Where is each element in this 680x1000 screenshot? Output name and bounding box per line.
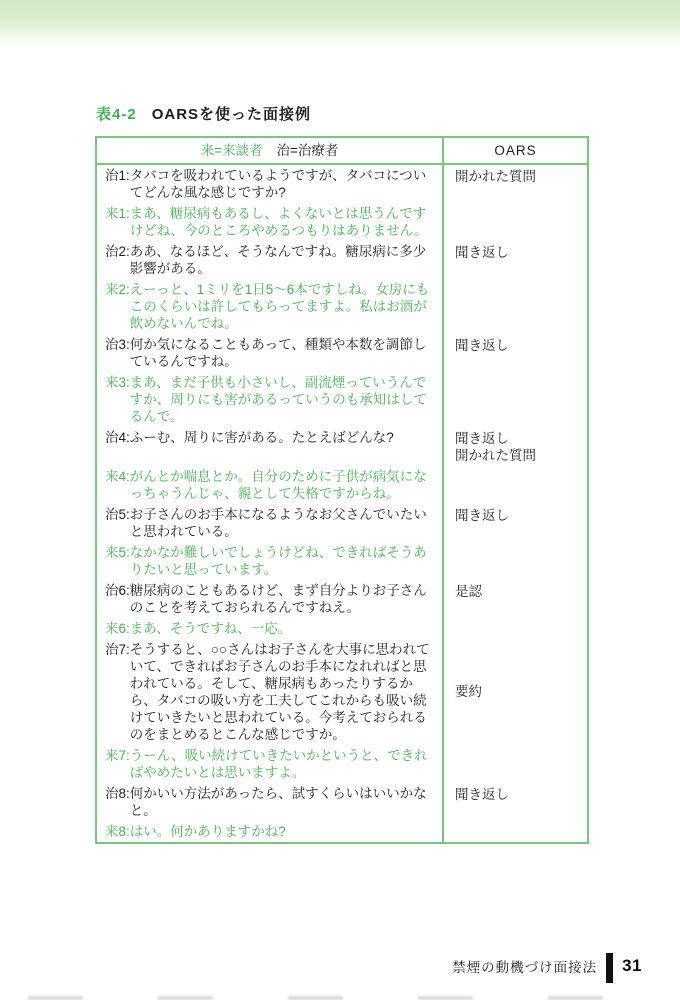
oars-label: 聞き返し [444, 783, 587, 821]
table-row-c3: 来3: まあ、まだ子供も小さいし、副流煙っていうんですか、周りにも害があるってい… [97, 372, 587, 427]
table-row-t8: 治8: 何かいい方法があったら、試すくらいはいいかなと。 聞き返し [97, 783, 587, 821]
oars-label: 聞き返し 開かれた質問 [444, 427, 587, 466]
speaker-prefix: 来4: [105, 468, 130, 502]
utterance-text: まあ、糖尿病もあるし、よくないとは思うんですけどね、今のところやめるつもりはあり… [130, 205, 436, 239]
utterance-text: そうすると、○○さんはお子さんを大事に思われていて、できればお子さんのお手本にな… [130, 641, 436, 743]
utterance-cell: 治7: そうすると、○○さんはお子さんを大事に思われていて、できればお子さんのお… [97, 639, 444, 745]
utterance-text: まあ、まだ子供も小さいし、副流煙っていうんですか、周りにも害があるっていうのも承… [130, 374, 436, 425]
scan-artifact-dashes [28, 996, 652, 1000]
table-header-speakers: 来=来談者 治=治療者 [97, 138, 444, 163]
running-title: 禁煙の動機づけ面接法 [452, 956, 597, 976]
oars-label [444, 542, 587, 580]
page-number: 31 [622, 956, 642, 976]
table-row-c4: 来4: がんとか喘息とか。自分のために子供が病気になっちゃうんじゃ、親として失格… [97, 466, 587, 504]
speaker-prefix: 治2: [105, 243, 130, 277]
interview-example-table: 来=来談者 治=治療者 OARS 治1: タバコを吸われているようですが、タバコ… [95, 136, 589, 844]
utterance-text: ああ、なるほど、そうなんですね。糖尿病に多少影響がある。 [130, 243, 436, 277]
oars-label [444, 203, 587, 241]
utterance-cell: 治8: 何かいい方法があったら、試すくらいはいいかなと。 [97, 783, 444, 821]
oars-label [444, 618, 587, 639]
page-footer: 禁煙の動機づけ面接法 31 [452, 949, 642, 983]
legend-client: 来=来談者 [201, 142, 263, 159]
table-row-t4: 治4: ふーむ、周りに害がある。たとえばどんな? 聞き返し 開かれた質問 [97, 427, 587, 466]
speaker-prefix: 来8: [105, 823, 130, 840]
table-row-t2: 治2: ああ、なるほど、そうなんですね。糖尿病に多少影響がある。 聞き返し [97, 241, 587, 279]
table-row-c2: 来2: えーっと、1ミリを1日5〜6本ですしね。女房にもこのくらいは許してもらっ… [97, 279, 587, 334]
utterance-cell: 治2: ああ、なるほど、そうなんですね。糖尿病に多少影響がある。 [97, 241, 444, 279]
speaker-prefix: 来5: [105, 544, 130, 578]
utterance-text: なかなか難しいでしょうけどね、できればそうありたいと思っています。 [130, 544, 436, 578]
oars-label [444, 466, 587, 504]
utterance-text: ふーむ、周りに害がある。たとえばどんな? [130, 429, 436, 464]
utterance-cell: 来6: まあ、そうですね、一応。 [97, 618, 444, 639]
table-row-t5: 治5: お子さんのお手本になるようなお父さんでいたいと思われている。 聞き返し [97, 504, 587, 542]
oars-label: 聞き返し [444, 334, 587, 372]
utterance-text: はい。何かありますかね? [130, 823, 436, 840]
table-number: 表4-2 [96, 103, 137, 124]
utterance-text: がんとか喘息とか。自分のために子供が病気になっちゃうんじゃ、親として失格ですから… [130, 468, 436, 502]
table-row-t3: 治3: 何か気になることもあって、種類や本数を調節しているんですね。 聞き返し [97, 334, 587, 372]
speaker-prefix: 治5: [105, 506, 130, 540]
table-header-row: 来=来談者 治=治療者 OARS [97, 138, 587, 165]
table-row-c1: 来1: まあ、糖尿病もあるし、よくないとは思うんですけどね、今のところやめるつも… [97, 203, 587, 241]
oars-label: 聞き返し [444, 504, 587, 542]
oars-label [444, 821, 587, 842]
speaker-prefix: 来1: [105, 205, 130, 239]
oars-label: 聞き返し [444, 241, 587, 279]
page-top-gradient [0, 0, 680, 48]
speaker-prefix: 来7: [105, 747, 130, 781]
table-row-c5: 来5: なかなか難しいでしょうけどね、できればそうありたいと思っています。 [97, 542, 587, 580]
speaker-prefix: 治7: [105, 641, 130, 743]
table-row-t7: 治7: そうすると、○○さんはお子さんを大事に思われていて、できればお子さんのお… [97, 639, 587, 745]
table-caption: 表4-2 OARSを使った面接例 [96, 103, 311, 124]
table-row-c6: 来6: まあ、そうですね、一応。 [97, 618, 587, 639]
table-row-c8: 来8: はい。何かありますかね? [97, 821, 587, 842]
table-title: OARSを使った面接例 [152, 103, 311, 124]
speaker-prefix: 治1: [105, 167, 130, 201]
utterance-cell: 来7: うーん、吸い続けていきたいかというと、できればやめたいとは思いますよ。 [97, 745, 444, 783]
utterance-cell: 来3: まあ、まだ子供も小さいし、副流煙っていうんですか、周りにも害があるってい… [97, 372, 444, 427]
table-row-t1: 治1: タバコを吸われているようですが、タバコについてどんな風な感じですか? 開… [97, 165, 587, 203]
oars-label: 要約 [444, 639, 587, 745]
footer-divider-bar [606, 953, 613, 983]
utterance-text: お子さんのお手本になるようなお父さんでいたいと思われている。 [130, 506, 436, 540]
utterance-cell: 治4: ふーむ、周りに害がある。たとえばどんな? [97, 427, 444, 466]
speaker-prefix: 治4: [105, 429, 130, 464]
utterance-cell: 治3: 何か気になることもあって、種類や本数を調節しているんですね。 [97, 334, 444, 372]
utterance-text: 何か気になることもあって、種類や本数を調節しているんですね。 [130, 336, 436, 370]
legend-therapist: 治=治療者 [277, 142, 339, 159]
utterance-text: 糖尿病のこともあるけど、まず自分よりお子さんのことを考えておられるんですねえ。 [130, 582, 436, 616]
speaker-prefix: 治8: [105, 785, 130, 819]
oars-label [444, 372, 587, 427]
utterance-cell: 来4: がんとか喘息とか。自分のために子供が病気になっちゃうんじゃ、親として失格… [97, 466, 444, 504]
utterance-text: タバコを吸われているようですが、タバコについてどんな風な感じですか? [130, 167, 436, 201]
utterance-text: うーん、吸い続けていきたいかというと、できればやめたいとは思いますよ。 [130, 747, 436, 781]
speaker-prefix: 来2: [105, 281, 130, 332]
speaker-prefix: 治6: [105, 582, 130, 616]
table-row-c7: 来7: うーん、吸い続けていきたいかというと、できればやめたいとは思いますよ。 [97, 745, 587, 783]
speaker-prefix: 来6: [105, 620, 130, 637]
oars-label: 是認 [444, 580, 587, 618]
speaker-prefix: 治3: [105, 336, 130, 370]
oars-label [444, 279, 587, 334]
table-header-oars: OARS [444, 138, 587, 163]
utterance-text: まあ、そうですね、一応。 [130, 620, 436, 637]
utterance-cell: 治1: タバコを吸われているようですが、タバコについてどんな風な感じですか? [97, 165, 444, 203]
table-row-t6: 治6: 糖尿病のこともあるけど、まず自分よりお子さんのことを考えておられるんです… [97, 580, 587, 618]
utterance-cell: 治5: お子さんのお手本になるようなお父さんでいたいと思われている。 [97, 504, 444, 542]
utterance-cell: 来5: なかなか難しいでしょうけどね、できればそうありたいと思っています。 [97, 542, 444, 580]
utterance-cell: 来2: えーっと、1ミリを1日5〜6本ですしね。女房にもこのくらいは許してもらっ… [97, 279, 444, 334]
oars-label [444, 745, 587, 783]
utterance-cell: 来1: まあ、糖尿病もあるし、よくないとは思うんですけどね、今のところやめるつも… [97, 203, 444, 241]
speaker-prefix: 来3: [105, 374, 130, 425]
oars-label: 開かれた質問 [444, 165, 587, 203]
utterance-cell: 来8: はい。何かありますかね? [97, 821, 444, 842]
utterance-text: えーっと、1ミリを1日5〜6本ですしね。女房にもこのくらいは許してもらってますよ… [130, 281, 436, 332]
utterance-cell: 治6: 糖尿病のこともあるけど、まず自分よりお子さんのことを考えておられるんです… [97, 580, 444, 618]
utterance-text: 何かいい方法があったら、試すくらいはいいかなと。 [130, 785, 436, 819]
